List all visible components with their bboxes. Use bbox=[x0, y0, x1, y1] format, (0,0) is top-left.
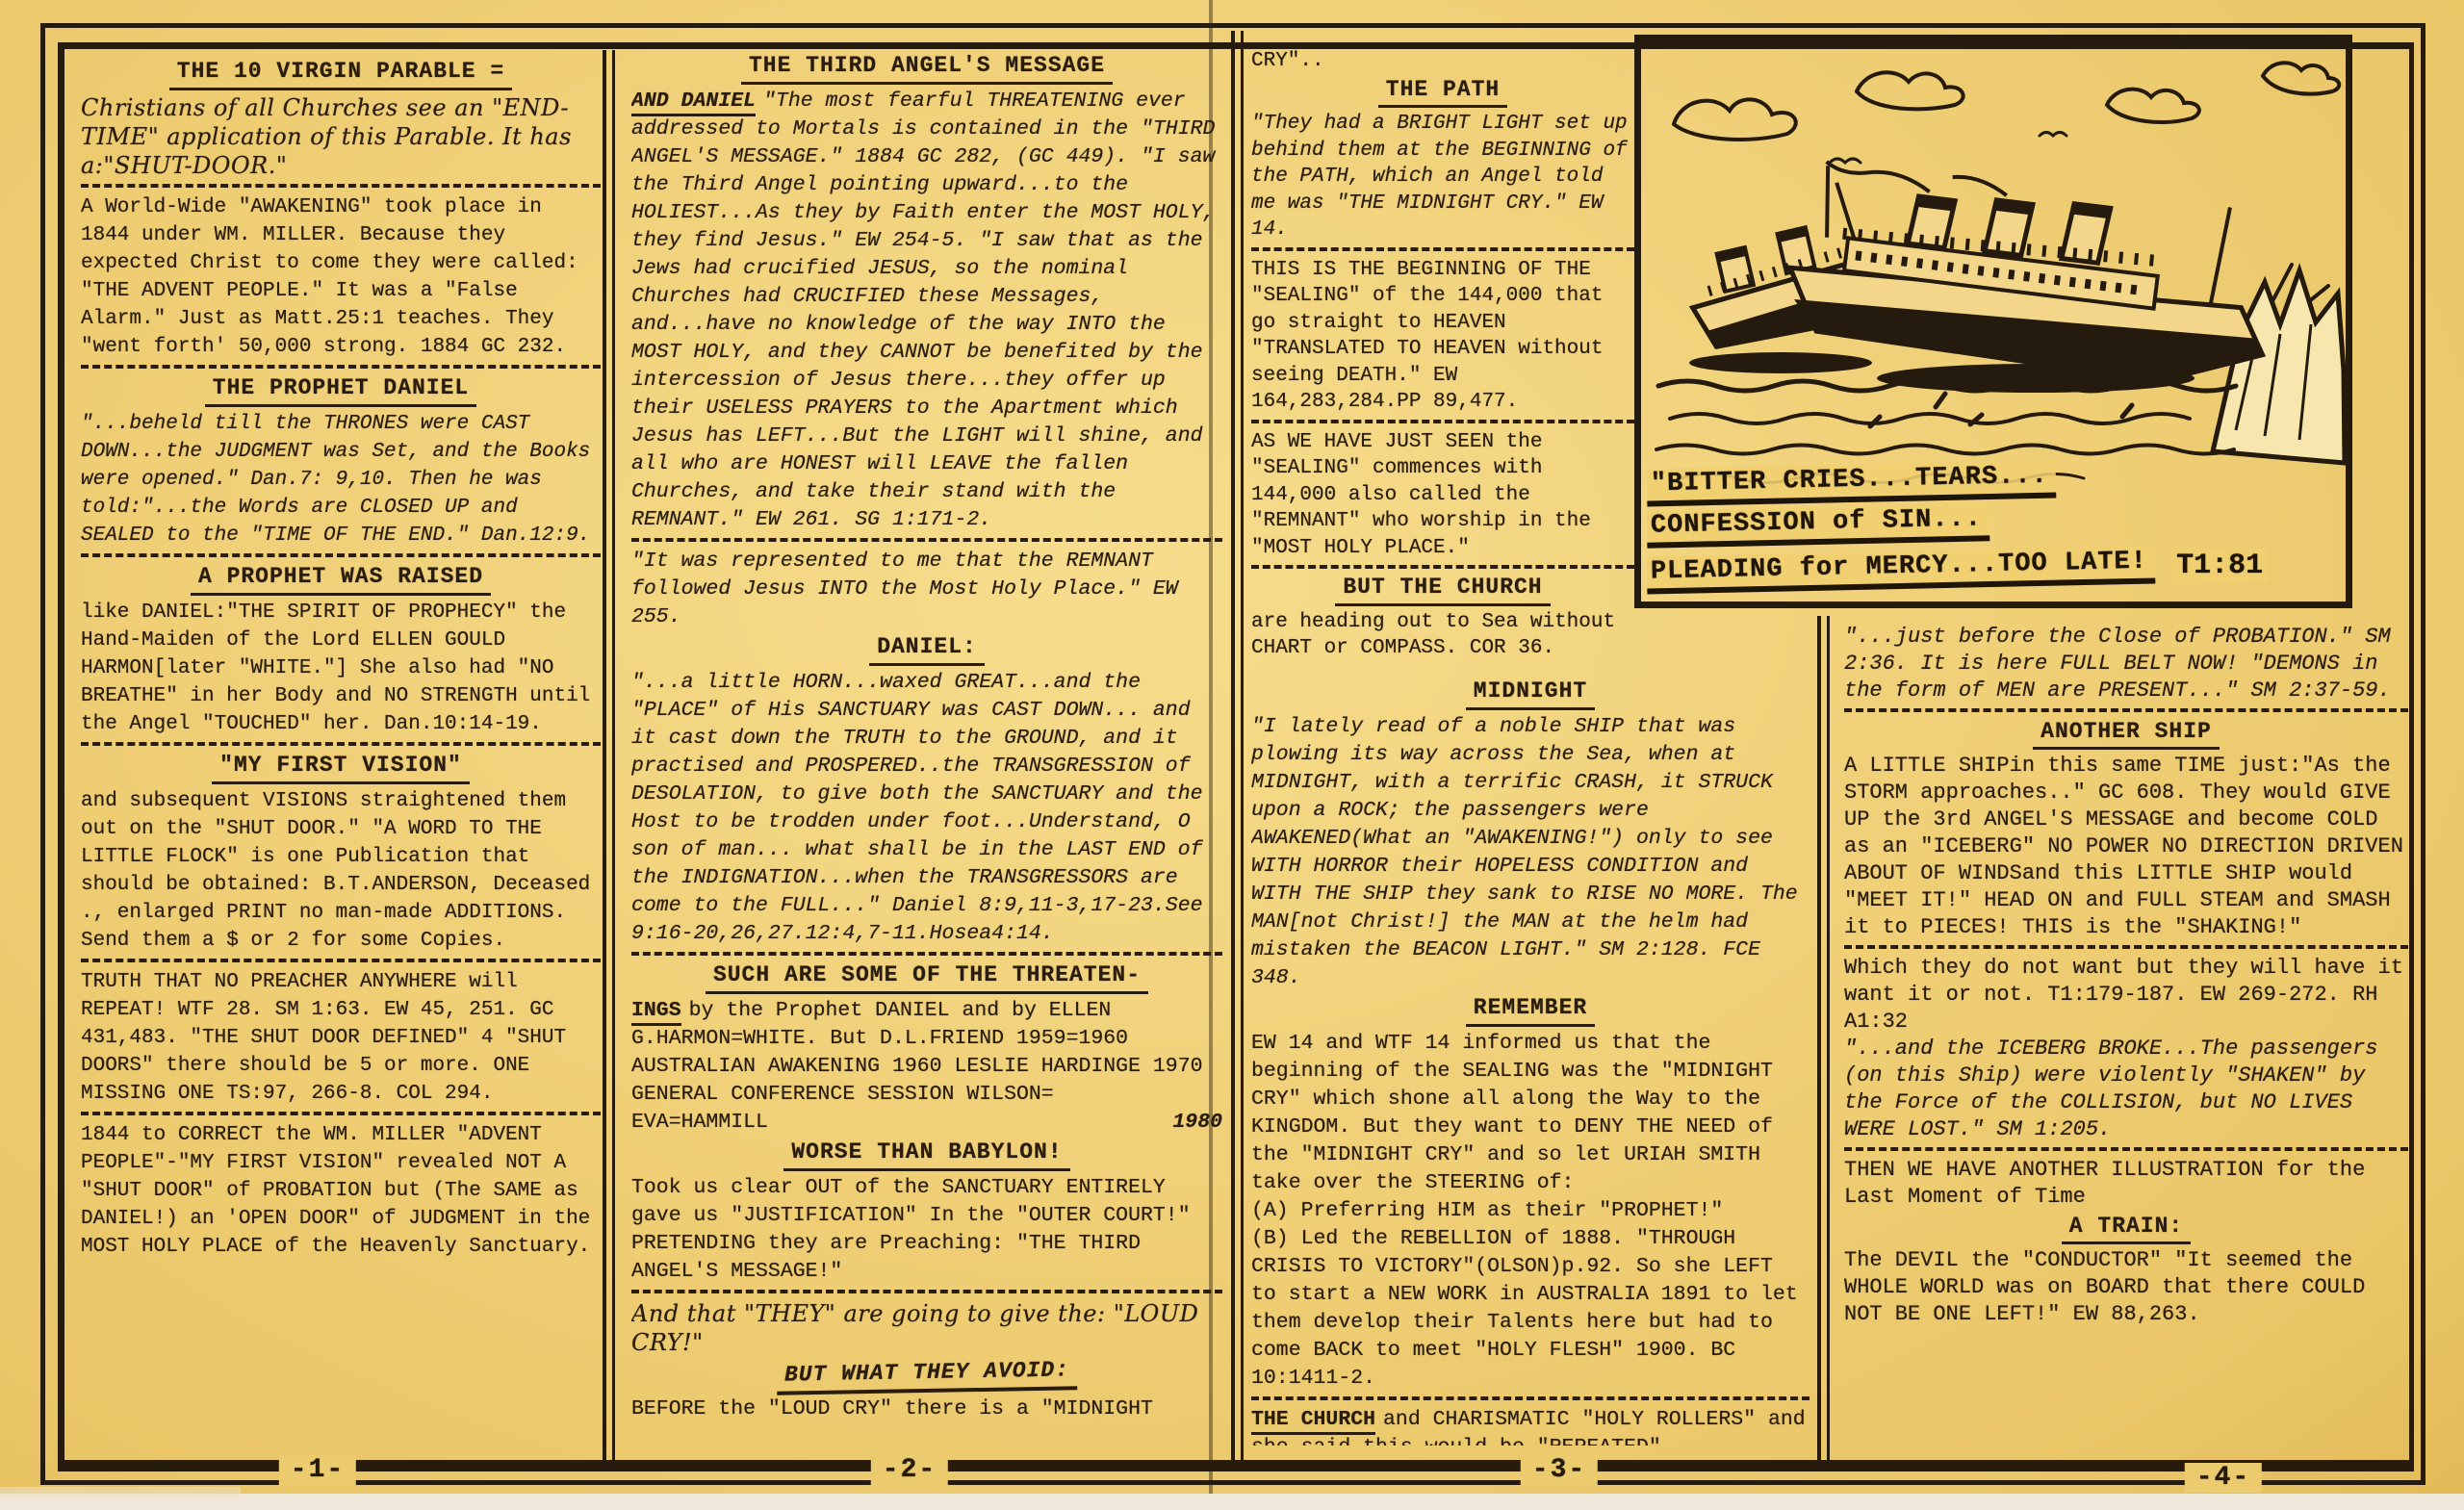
section-heading: SUCH ARE SOME OF THE THREATEN- bbox=[631, 961, 1222, 994]
scanned-tract-page: THE 10 VIRGIN PARABLE =Christians of all… bbox=[0, 0, 2464, 1510]
section-heading: DANIEL: bbox=[631, 633, 1222, 666]
section: BUT THE CHURCHare heading out to Sea wit… bbox=[1251, 575, 1634, 662]
paragraph: Took us clear OUT of the SANCTUARY ENTIR… bbox=[631, 1174, 1222, 1286]
section: SUCH ARE SOME OF THE THREATEN-INGSby the… bbox=[631, 961, 1222, 1137]
section: A TRAIN:The DEVIL the "CONDUCTOR" "It se… bbox=[1844, 1213, 2408, 1328]
section-heading-text: THE 10 VIRGIN PARABLE = bbox=[169, 58, 512, 90]
section-heading: REMEMBER bbox=[1251, 994, 1809, 1027]
section-heading: "MY FIRST VISION" bbox=[81, 752, 601, 784]
paragraph: "...beheld till the THRONES were CAST DO… bbox=[81, 410, 601, 550]
section-heading-text: BUT THE CHURCH bbox=[1335, 575, 1550, 606]
section-heading-text: ANOTHER SHIP bbox=[2033, 718, 2220, 750]
paragraph: AND DANIEL"The most fearful THREATENING … bbox=[631, 88, 1222, 534]
paragraph: "...and the ICEBERG BROKE...The passenge… bbox=[1844, 1036, 2408, 1143]
section: Which they do not want but they will hav… bbox=[1844, 955, 2408, 1036]
scanner-edge-shadow bbox=[0, 1487, 241, 1497]
section: THE CHURCHand CHARISMATIC "HOLY ROLLERS"… bbox=[1251, 1406, 1809, 1446]
section: DANIEL:"...a little HORN...waxed GREAT..… bbox=[631, 633, 1222, 956]
paragraph: "I lately read of a noble SHIP that was … bbox=[1251, 713, 1809, 992]
section-heading-text: SUCH ARE SOME OF THE THREATEN- bbox=[706, 961, 1148, 994]
lead-phrase: AND DANIEL bbox=[631, 90, 756, 116]
section: THE THIRD ANGEL'S MESSAGEAND DANIEL"The … bbox=[631, 52, 1222, 542]
paragraph: are heading out to Sea without CHART or … bbox=[1251, 609, 1634, 662]
page-number-1: -1- bbox=[279, 1455, 356, 1485]
caption-line-2: CONFESSION of SIN... bbox=[1647, 503, 1990, 548]
page-number-3: -3- bbox=[1521, 1455, 1598, 1485]
illustration-captions: "BITTER CRIES...TEARS... CONFESSION of S… bbox=[1647, 465, 2269, 594]
right-aligned-note: 1980 bbox=[1172, 1109, 1222, 1137]
section: BUT WHAT THEY AVOID:BEFORE the "LOUD CRY… bbox=[631, 1359, 1222, 1423]
section: TRUTH THAT NO PREACHER ANYWHERE will REP… bbox=[81, 968, 601, 1115]
section: CRY".. bbox=[1251, 48, 1634, 75]
paragraph: like DANIEL:"THE SPIRIT OF PROPHECY" the… bbox=[81, 599, 601, 738]
section: "It was represented to me that the REMNA… bbox=[631, 548, 1222, 631]
paragraph: THEN WE HAVE ANOTHER ILLUSTRATION for th… bbox=[1844, 1157, 2408, 1211]
paragraph: A LITTLE SHIPin this same TIME just:"As … bbox=[1844, 753, 2408, 941]
section: THEN WE HAVE ANOTHER ILLUSTRATION for th… bbox=[1844, 1157, 2408, 1211]
column-2: THE THIRD ANGEL'S MESSAGEAND DANIEL"The … bbox=[631, 50, 1222, 1447]
section-heading: THE PATH bbox=[1251, 77, 1634, 109]
paragraph: And that "THEY" are going to give the: "… bbox=[631, 1299, 1222, 1357]
section-heading: MIDNIGHT bbox=[1251, 678, 1809, 710]
paragraph: (B) Led the REBELLION of 1888. "THROUGH … bbox=[1251, 1225, 1809, 1393]
section-heading: BUT WHAT THEY AVOID: bbox=[631, 1359, 1222, 1393]
section-heading-text: A PROPHET WAS RAISED bbox=[191, 563, 491, 596]
caption-line-1: "BITTER CRIES...TEARS... bbox=[1647, 461, 2057, 507]
paragraph: (A) Preferring HIM as their "PROPHET!" bbox=[1251, 1197, 1809, 1225]
paragraph: EW 14 and WTF 14 informed us that the be… bbox=[1251, 1030, 1809, 1197]
section-heading: WORSE THAN BABYLON! bbox=[631, 1139, 1222, 1171]
column-divider-3 bbox=[1817, 616, 1830, 1463]
paragraph: A World-Wide "AWAKENING" took place in 1… bbox=[81, 193, 601, 361]
column-3-lower: MIDNIGHT"I lately read of a noble SHIP t… bbox=[1251, 676, 1809, 1446]
paragraph: "It was represented to me that the REMNA… bbox=[631, 548, 1222, 631]
section-heading: THE PROPHET DANIEL bbox=[81, 374, 601, 407]
lead-phrase: INGS bbox=[631, 999, 681, 1026]
paragraph: AS WE HAVE JUST SEEN the "SEALING" comme… bbox=[1251, 429, 1634, 562]
section-heading-text: MIDNIGHT bbox=[1466, 678, 1595, 710]
section-heading: THE 10 VIRGIN PARABLE = bbox=[81, 58, 601, 90]
section: THE 10 VIRGIN PARABLE =Christians of all… bbox=[81, 58, 601, 188]
column-divider-2 bbox=[1231, 31, 1244, 1467]
caption-reference: T1:81 bbox=[2170, 550, 2269, 582]
section-heading-text: THE PROPHET DANIEL bbox=[205, 374, 476, 407]
section: ANOTHER SHIPA LITTLE SHIPin this same TI… bbox=[1844, 718, 2408, 949]
paragraph: "They had a BRIGHT LIGHT set up behind t… bbox=[1251, 111, 1634, 243]
paragraph: TRUTH THAT NO PREACHER ANYWHERE will REP… bbox=[81, 968, 601, 1108]
column-1: THE 10 VIRGIN PARABLE =Christians of all… bbox=[81, 56, 601, 1453]
section: THIS IS THE BEGINNING OF THE "SEALING" o… bbox=[1251, 257, 1634, 423]
lead-phrase: THE CHURCH bbox=[1251, 1408, 1375, 1435]
section: REMEMBEREW 14 and WTF 14 informed us tha… bbox=[1251, 994, 1809, 1400]
iceberg-shape bbox=[2213, 270, 2345, 463]
section: 1844 to CORRECT the WM. MILLER "ADVENT P… bbox=[81, 1121, 601, 1261]
column-4: "...just before the Close of PROBATION."… bbox=[1844, 624, 2408, 1453]
section-heading: A TRAIN: bbox=[1844, 1213, 2408, 1244]
section: "MY FIRST VISION"and subsequent VISIONS … bbox=[81, 752, 601, 962]
section: A PROPHET WAS RAISEDlike DANIEL:"THE SPI… bbox=[81, 563, 601, 746]
section: "...and the ICEBERG BROKE...The passenge… bbox=[1844, 1036, 2408, 1151]
paragraph: "...a little HORN...waxed GREAT...and th… bbox=[631, 669, 1222, 948]
section: WORSE THAN BABYLON!Took us clear OUT of … bbox=[631, 1139, 1222, 1293]
column-3-upper: CRY"..THE PATH"They had a BRIGHT LIGHT s… bbox=[1251, 48, 1634, 676]
section-heading-text: REMEMBER bbox=[1466, 994, 1595, 1027]
paragraph: 1980EVA=HAMMILL bbox=[631, 1109, 1222, 1137]
paragraph: INGSby the Prophet DANIEL and by ELLEN G… bbox=[631, 997, 1222, 1109]
paragraph: 1844 to CORRECT the WM. MILLER "ADVENT P… bbox=[81, 1121, 601, 1261]
section-heading-text: THE PATH bbox=[1378, 77, 1507, 109]
section-heading: ANOTHER SHIP bbox=[1844, 718, 2408, 750]
ship-illustration: "BITTER CRIES...TEARS... CONFESSION of S… bbox=[1634, 35, 2352, 608]
caption-line-3: PLEADING for MERCY...TOO LATE! bbox=[1647, 546, 2156, 594]
paragraph: CRY".. bbox=[1251, 48, 1634, 75]
column-divider-1 bbox=[603, 50, 615, 1463]
paragraph: THE CHURCHand CHARISMATIC "HOLY ROLLERS"… bbox=[1251, 1406, 1809, 1446]
section: MIDNIGHT"I lately read of a noble SHIP t… bbox=[1251, 678, 1809, 992]
paragraph: and subsequent VISIONS straightened them… bbox=[81, 787, 601, 955]
section: A World-Wide "AWAKENING" took place in 1… bbox=[81, 193, 601, 369]
page-number-4: -4- bbox=[2185, 1463, 2262, 1493]
section-heading: A PROPHET WAS RAISED bbox=[81, 563, 601, 596]
section: "...just before the Close of PROBATION."… bbox=[1844, 624, 2408, 712]
section: THE PROPHET DANIEL"...beheld till the TH… bbox=[81, 374, 601, 557]
section-heading-text: THE THIRD ANGEL'S MESSAGE bbox=[741, 52, 1113, 85]
section-heading-text: DANIEL: bbox=[869, 633, 985, 666]
paragraph: Which they do not want but they will hav… bbox=[1844, 955, 2408, 1036]
section-heading: BUT THE CHURCH bbox=[1251, 575, 1634, 606]
section-heading: THE THIRD ANGEL'S MESSAGE bbox=[631, 52, 1222, 85]
paragraph: The DEVIL the "CONDUCTOR" "It seemed the… bbox=[1844, 1247, 2408, 1328]
paragraph: "...just before the Close of PROBATION."… bbox=[1844, 624, 2408, 704]
scanner-edge bbox=[0, 1494, 2464, 1510]
page-number-2: -2- bbox=[871, 1455, 948, 1485]
section-heading-text: "MY FIRST VISION" bbox=[212, 752, 470, 784]
section: THE PATH"They had a BRIGHT LIGHT set up … bbox=[1251, 77, 1634, 251]
paragraph: Christians of all Churches see an "END-T… bbox=[81, 93, 601, 180]
section-heading-text: A TRAIN: bbox=[2062, 1213, 2191, 1244]
paragraph: BEFORE the "LOUD CRY" there is a "MIDNIG… bbox=[631, 1395, 1222, 1423]
section-heading-text: BUT WHAT THEY AVOID: bbox=[777, 1356, 1078, 1395]
section-heading-text: WORSE THAN BABYLON! bbox=[783, 1139, 1069, 1171]
paragraph: THIS IS THE BEGINNING OF THE "SEALING" o… bbox=[1251, 257, 1634, 416]
section: AS WE HAVE JUST SEEN the "SEALING" comme… bbox=[1251, 429, 1634, 570]
section: And that "THEY" are going to give the: "… bbox=[631, 1299, 1222, 1357]
